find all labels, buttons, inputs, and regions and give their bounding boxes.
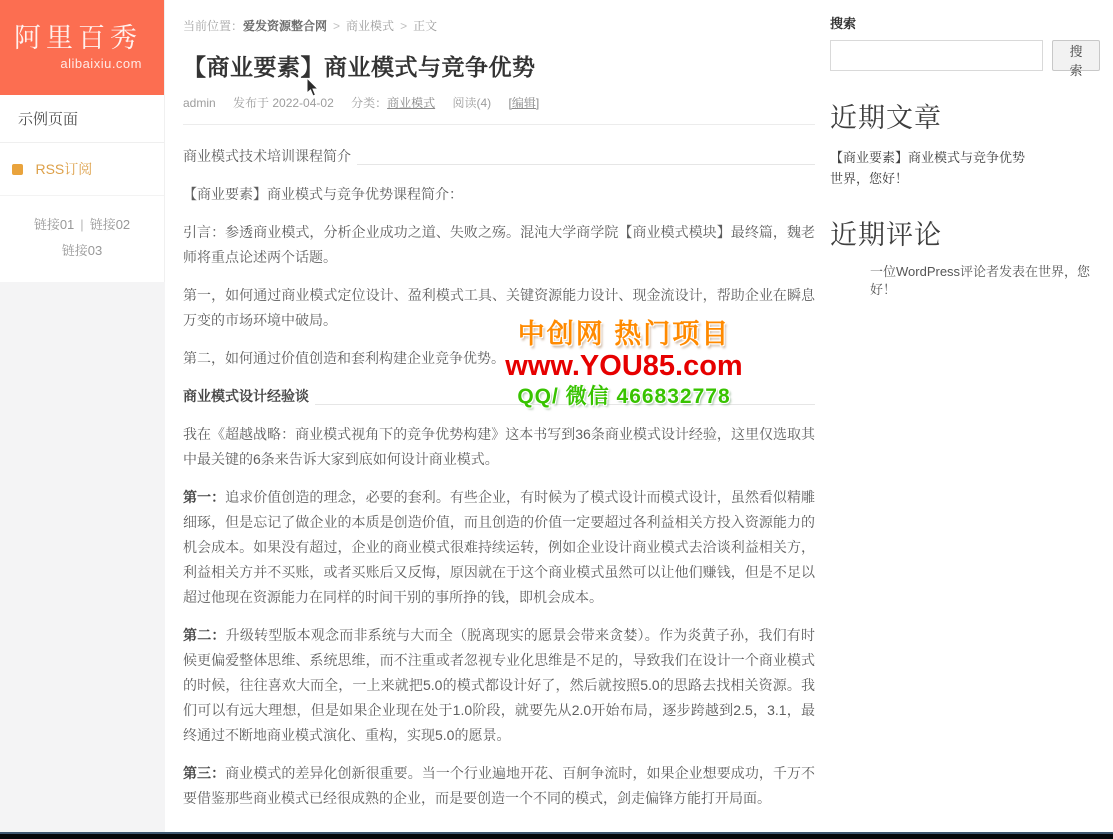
search-form: 搜索 [830, 40, 1100, 71]
main-content: 当前位置：爱发资源整合网>商业模式>正文 【商业要素】商业模式与竞争优势 adm… [183, 0, 815, 811]
heading-rule [315, 404, 815, 405]
sidebar-link-03[interactable]: 链接03 [62, 243, 102, 258]
breadcrumb-current: 正文 [413, 19, 437, 33]
meta-category-label: 分类： [351, 96, 387, 110]
site-logo-title: 阿里百秀 [0, 22, 142, 54]
link-separator: | [80, 217, 83, 232]
site-logo-domain: alibaixiu.com [0, 56, 142, 71]
recent-posts-heading: 近期文章 [830, 96, 1100, 135]
page-title: 【商业要素】商业模式与竞争优势 [183, 49, 815, 82]
search-label: 搜索 [830, 13, 1100, 32]
breadcrumb-prefix: 当前位置： [183, 19, 243, 33]
paragraph-lead: 第二： [183, 627, 226, 643]
article-meta: admin 发布于 2022-04-02 分类：商业模式 阅读(4) [编辑] [183, 94, 815, 111]
meta-edit-link[interactable]: [编辑] [508, 96, 539, 110]
paragraph-text: 追求价值创造的理念，必要的套利。有些企业，有时候为了模式设计而模式设计，虽然看似… [183, 489, 815, 605]
paragraph-text: 商业模式的差异化创新很重要。当一个行业遍地开花、百舸争流时，如果企业想要成功，千… [183, 765, 815, 806]
recent-post-item[interactable]: 【商业要素】商业模式与竞争优势 [830, 147, 1100, 168]
recent-post-item[interactable]: 世界，您好！ [830, 168, 1100, 189]
article-intro-heading-text: 商业模式技术培训课程简介 [183, 144, 351, 169]
article-section-heading: 商业模式设计经验谈 [183, 384, 815, 409]
meta-author: admin [183, 96, 216, 110]
rss-label: RSS订阅 [35, 161, 92, 177]
article-paragraph: 第一，如何通过商业模式定位设计、盈利模式工具、关键资源能力设计、现金流设计，帮助… [183, 283, 815, 333]
article-paragraph: 第二，如何通过价值创造和套利构建企业竞争优势。 [183, 346, 815, 371]
paragraph-text: 升级转型版本观念而非系统与大而全（脱离现实的愿景会带来贪婪）。作为炎黄子孙，我们… [183, 627, 815, 743]
article-paragraph: 第二：升级转型版本观念而非系统与大而全（脱离现实的愿景会带来贪婪）。作为炎黄子孙… [183, 623, 815, 748]
breadcrumb-separator: > [333, 19, 340, 33]
left-sidebar: 阿里百秀 alibaixiu.com 示例页面 RSS订阅 链接01|链接02 … [0, 0, 165, 282]
breadcrumb: 当前位置：爱发资源整合网>商业模式>正文 [183, 17, 815, 34]
meta-published: 发布于 2022-04-02 [233, 96, 334, 110]
sidebar-item-rss[interactable]: RSS订阅 [0, 143, 164, 196]
breadcrumb-category-link[interactable]: 商业模式 [346, 19, 394, 33]
paragraph-lead: 第一： [183, 489, 225, 505]
recent-comments-heading: 近期评论 [830, 213, 1100, 252]
article-paragraph: 【商业要素】商业模式与竞争优势课程简介： [183, 182, 815, 207]
divider [183, 124, 815, 125]
article-paragraph: 我在《超越战略：商业模式视角下的竞争优势构建》这本书写到36条商业模式设计经验，… [183, 422, 815, 472]
right-sidebar: 搜索 搜索 近期文章 【商业要素】商业模式与竞争优势 世界，您好！ 近期评论 一… [830, 0, 1100, 299]
article-paragraph: 第一：追求价值创造的理念，必要的套利。有些企业，有时候为了模式设计而模式设计，虽… [183, 485, 815, 610]
sidebar-links: 链接01|链接02 链接03 [0, 196, 164, 282]
sidebar-link-02[interactable]: 链接02 [90, 217, 130, 232]
recent-comment-item[interactable]: 一位WordPress评论者发表在世界，您好！ [830, 263, 1100, 299]
article-section-heading-text: 商业模式设计经验谈 [183, 384, 309, 409]
rss-icon [12, 164, 23, 175]
sidebar-item-label: 示例页面 [18, 111, 78, 128]
sidebar-item-sample-page[interactable]: 示例页面 [0, 95, 164, 143]
meta-read-count: 阅读(4) [452, 96, 491, 110]
search-button[interactable]: 搜索 [1052, 40, 1100, 71]
bottom-bar [0, 832, 1113, 839]
site-logo[interactable]: 阿里百秀 alibaixiu.com [0, 0, 164, 95]
breadcrumb-separator: > [400, 19, 407, 33]
heading-rule [357, 164, 815, 165]
article-paragraph: 引言：参透商业模式，分析企业成功之道、失败之殇。混沌大学商学院【商业模式模块】最… [183, 220, 815, 270]
sidebar-link-01[interactable]: 链接01 [34, 217, 74, 232]
recent-posts-list: 【商业要素】商业模式与竞争优势 世界，您好！ [830, 147, 1100, 189]
meta-category-link[interactable]: 商业模式 [387, 96, 435, 110]
meta-category: 分类：商业模式 [351, 96, 435, 110]
breadcrumb-site-link[interactable]: 爱发资源整合网 [243, 19, 327, 33]
paragraph-lead: 第三： [183, 765, 225, 781]
search-input[interactable] [830, 40, 1043, 71]
article-intro-heading: 商业模式技术培训课程简介 [183, 144, 815, 169]
article-paragraph: 第三：商业模式的差异化创新很重要。当一个行业遍地开花、百舸争流时，如果企业想要成… [183, 761, 815, 811]
